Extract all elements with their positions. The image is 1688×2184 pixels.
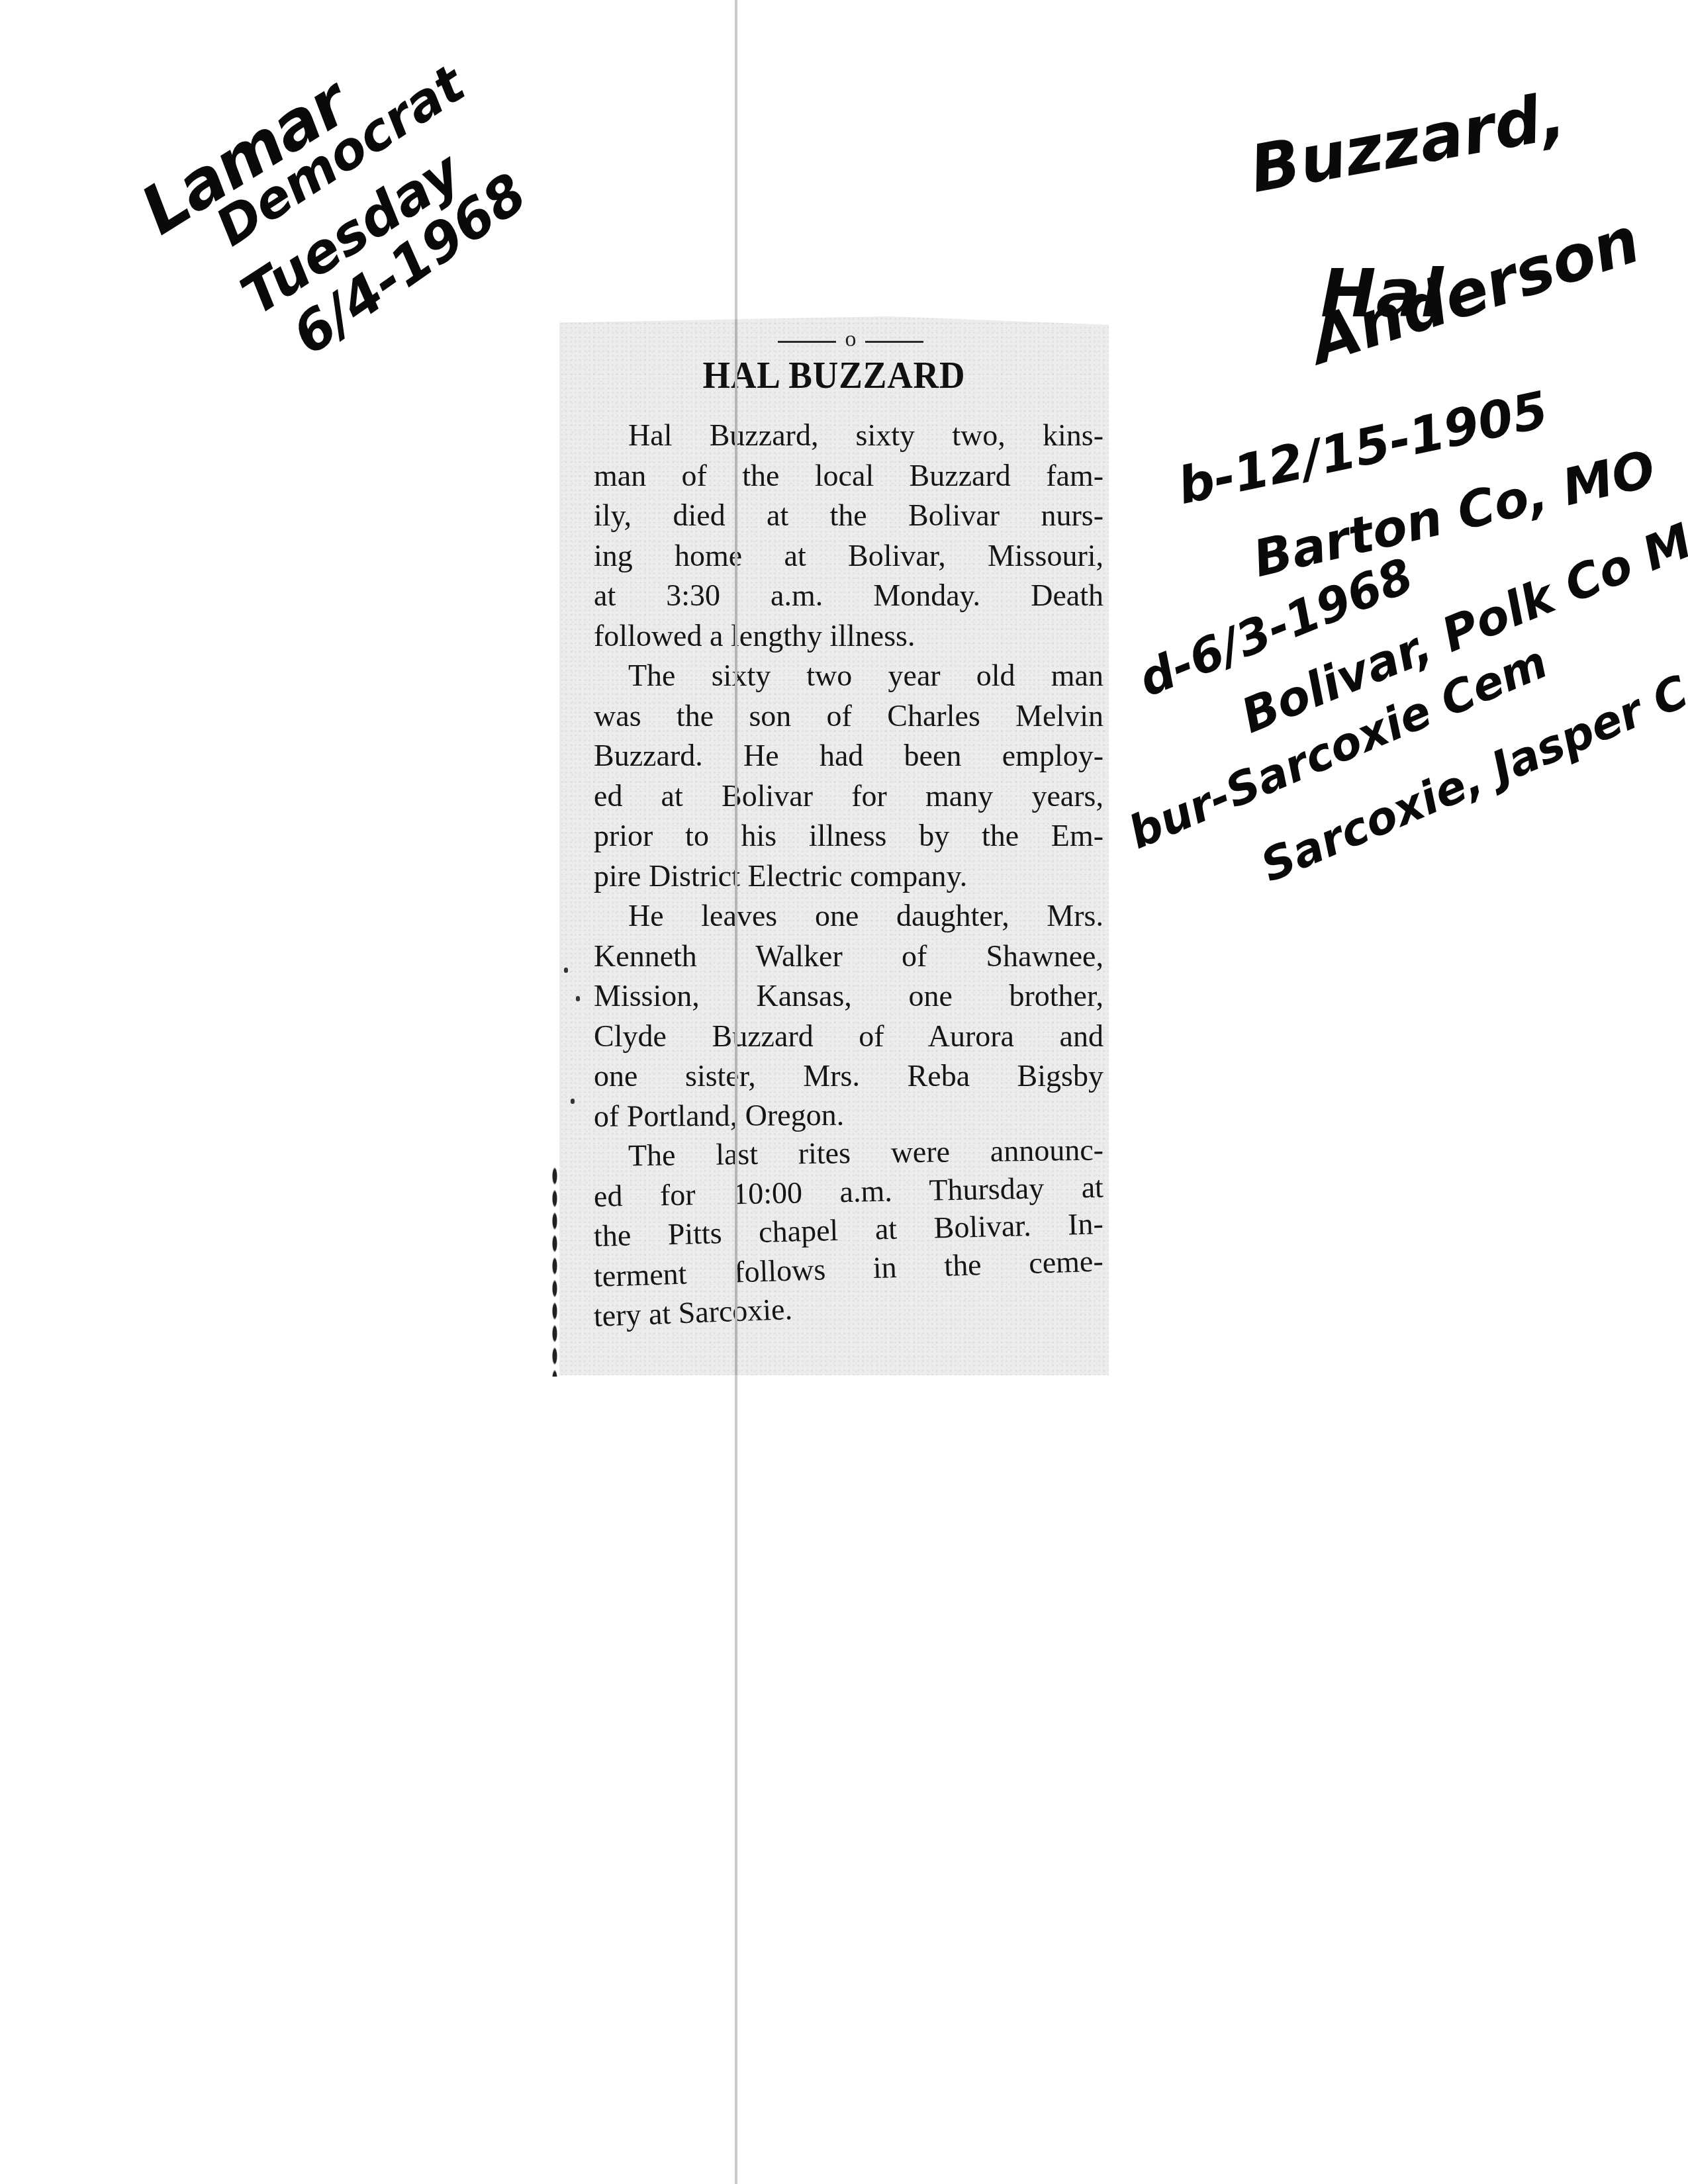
obituary-line: Kenneth Walker of Shawnee, — [594, 936, 1103, 977]
obituary-line: was the son of Charles Melvin — [594, 696, 1103, 737]
handwritten-surname: Buzzard, — [1244, 78, 1571, 208]
perforation-marks — [551, 1165, 558, 1377]
obituary-line: followed a lengthy illness. — [594, 616, 1103, 657]
scan-fold-line-overlay — [735, 316, 737, 1375]
obituary-line: ed at Bolivar for many years, — [594, 776, 1103, 817]
divider-rule-right — [865, 341, 923, 343]
obituary-headline: HAL BUZZARD — [581, 353, 1087, 397]
obituary-line: pire District Electric company. — [594, 856, 1103, 897]
handwritten-middle-name: Anderson — [1301, 203, 1648, 379]
obituary-line: The sixty two year old man — [594, 656, 1103, 696]
divider-rule-left — [778, 341, 836, 343]
edge-mark — [564, 968, 568, 973]
obituary-line: Hal Buzzard, sixty two, kins- — [594, 416, 1103, 456]
obituary-line: one sister, Mrs. Reba Bigsby — [594, 1056, 1103, 1097]
obituary-line: ily, died at the Bolivar nurs- — [594, 496, 1103, 536]
obituary-line: ing home at Bolivar, Missouri, — [594, 536, 1103, 576]
divider-circle-icon: o — [841, 327, 860, 352]
obituary-line: at 3:30 a.m. Monday. Death — [594, 576, 1103, 616]
edge-mark — [576, 996, 580, 1001]
obituary-line: Buzzard. He had been employ- — [594, 736, 1103, 776]
obituary-line: of Portland, Oregon. — [594, 1093, 1103, 1136]
obituary-line: man of the local Buzzard fam- — [594, 456, 1103, 496]
newspaper-clipping: o HAL BUZZARD Hal Buzzard, sixty two, ki… — [559, 316, 1109, 1375]
obituary-line: prior to his illness by the Em- — [594, 816, 1103, 856]
obituary-line: Mission, Kansas, one brother, — [594, 976, 1103, 1017]
divider-ornament: o — [778, 331, 923, 351]
edge-mark — [571, 1099, 575, 1104]
obituary-line: Clyde Buzzard of Aurora and — [594, 1017, 1103, 1057]
obituary-line: He leaves one daughter, Mrs. — [594, 896, 1103, 936]
obituary-body: Hal Buzzard, sixty two, kins-man of the … — [594, 416, 1103, 1337]
